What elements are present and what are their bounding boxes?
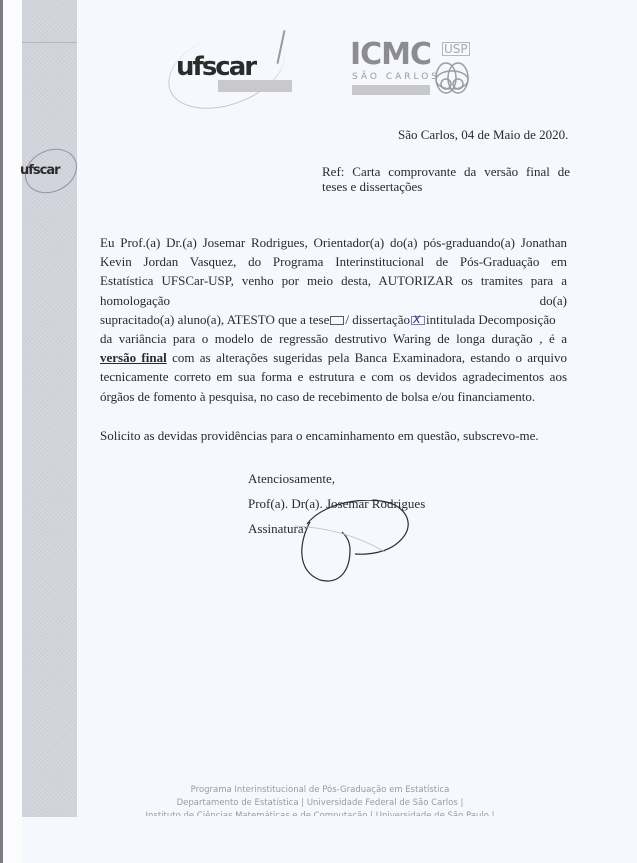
homologacao-suffix: do(a) — [540, 291, 567, 310]
icmc-logo-band — [352, 85, 430, 95]
homologacao-text: homologação — [100, 291, 170, 310]
icmc-logo: ICMC USP SÃO CARLOS — [350, 40, 480, 100]
ufscar-logo: ufscar — [168, 30, 298, 102]
side-stripe-divider — [22, 42, 77, 43]
footer: Programa Interinstitucional de Pós-Gradu… — [100, 784, 540, 816]
versao-rest: com as alterações sugeridas pela Banca E… — [167, 350, 567, 365]
body-line: Eu Prof.(a) Dr.(a) Josemar Rodrigues, Or… — [100, 233, 567, 252]
scan-margin — [3, 0, 22, 863]
body-line: Estatística UFSCar-USP, venho por meio d… — [100, 271, 567, 290]
tese-checkbox[interactable] — [330, 316, 344, 325]
letter-date: São Carlos, 04 de Maio de 2020. — [398, 127, 568, 143]
atesto-mid: / dissertação — [345, 312, 410, 327]
versao-final-emphasis: versão final — [100, 350, 167, 365]
body-line: Kevin Jordan Vasquez, do Programa Interi… — [100, 252, 567, 271]
icmc-logo-subtitle: SÃO CARLOS — [352, 72, 440, 82]
side-stripe — [22, 0, 77, 817]
atesto-text: supracitado(a) aluno(a), ATESTO que a te… — [100, 310, 556, 329]
usp-knot-icon — [432, 58, 472, 98]
ufscar-logo-text: ufscar — [176, 52, 255, 82]
body-line: tecnicamente correto em sua forma e estr… — [100, 367, 567, 386]
footer-department: Departamento de Estatística | Universida… — [100, 797, 540, 810]
letter-reference: Ref: Carta comprovante da versão final d… — [322, 164, 570, 194]
atesto-pre: supracitado(a) aluno(a), ATESTO que a te… — [100, 312, 329, 327]
dissertacao-checkbox[interactable] — [411, 316, 425, 325]
atesto-post: intitulada Decomposição — [426, 312, 556, 327]
body-line-atesto: supracitado(a) aluno(a), ATESTO que a te… — [100, 310, 567, 329]
side-stripe-logo: ufscar — [20, 163, 78, 178]
handwritten-signature — [295, 500, 445, 585]
body-line: órgãos de fomento à pesquisa, no caso de… — [100, 387, 567, 406]
letter-body: Eu Prof.(a) Dr.(a) Josemar Rodrigues, Or… — [100, 233, 567, 406]
footer-institute: Instituto de Ciências Matemáticas e de C… — [100, 810, 540, 816]
icmc-logo-text: ICMC — [350, 40, 431, 70]
footer-program: Programa Interinstitucional de Pós-Gradu… — [100, 784, 540, 797]
body-line-homologacao: homologação do(a) — [100, 291, 567, 310]
body-line: da variância para o modelo de regressão … — [100, 329, 567, 348]
request-text: Solicito as devidas providências para o … — [100, 428, 539, 444]
usp-badge: USP — [442, 42, 470, 56]
body-line-versao: versão final com as alterações sugeridas… — [100, 348, 567, 367]
closing-salutation: Atenciosamente, — [248, 466, 425, 491]
ufscar-logo-band — [218, 80, 292, 92]
